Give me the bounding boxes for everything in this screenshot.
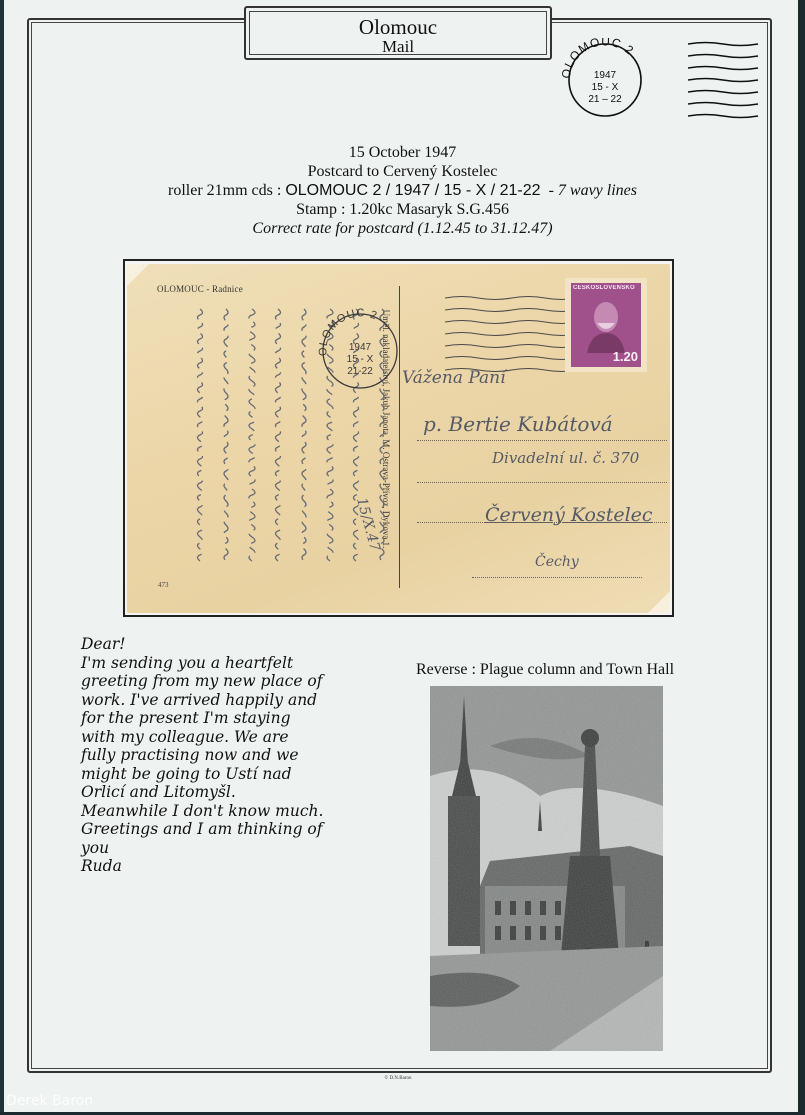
svg-text:15 - X: 15 - X [592, 82, 619, 93]
translation-line: Dear! [81, 635, 381, 654]
scan-edge-left [0, 0, 4, 1115]
postcard-postmark-icon: OLOMOUC 2 1947 15 - X 21-22 [315, 306, 405, 396]
cancel-description: roller 21mm cds : OLOMOUC 2 / 1947 / 15 … [100, 181, 705, 200]
translation-line: Orlicí and Litomyšl. [81, 783, 381, 802]
photo-corner [127, 264, 149, 286]
translation-line: Ruda [81, 857, 381, 876]
copyright-credit: © D.N.Baron [373, 1076, 423, 1081]
page-subtitle: Mail [250, 38, 546, 56]
translation-line: might be going to Ustí nad [81, 765, 381, 784]
svg-text:15/X.47: 15/X.47 [353, 496, 383, 553]
translation-line: I'm sending you a heartfelt [81, 654, 381, 673]
photo-corner [648, 591, 670, 613]
translation-line: fully practising now and we [81, 746, 381, 765]
watermark: Derek Baron [6, 1093, 93, 1109]
svg-text:15 - X: 15 - X [347, 354, 374, 365]
postcard-number: 473 [158, 581, 169, 589]
postcard-heading: OLOMOUC - Radnice [157, 284, 243, 294]
stamp-description: Stamp : 1.20kc Masaryk S.G.456 [100, 200, 705, 219]
reverse-caption: Reverse : Plague column and Town Hall [380, 661, 710, 679]
reverse-image-town-hall [430, 686, 663, 1051]
masaryk-portrait-icon [583, 297, 629, 353]
cover-date: 15 October 1947 [100, 143, 705, 162]
translation-line: with my colleague. We are [81, 728, 381, 747]
address-line [417, 522, 667, 523]
translation-line: for the present I'm staying [81, 709, 381, 728]
translation-line: greeting from my new place of [81, 672, 381, 691]
svg-text:21 – 22: 21 – 22 [588, 94, 622, 105]
page-title: Olomouc [250, 16, 546, 38]
postcard-front: OLOMOUC - Radnice 473 Uměl. nakladatelst… [127, 264, 670, 613]
wavy-lines-icon [688, 40, 760, 122]
rate-note: Correct rate for postcard (1.12.45 to 31… [100, 219, 705, 238]
cover-description: 15 October 1947 Postcard to Cervený Kost… [100, 143, 705, 238]
address-line [472, 577, 642, 578]
stamp-image: ČESKOSLOVENSKO 1.20 [571, 283, 641, 367]
address-street: Divadelní ul. č. 370 [492, 449, 639, 467]
cover-route: Postcard to Cervený Kostelec [100, 162, 705, 181]
address-line [417, 482, 667, 483]
svg-text:1947: 1947 [349, 342, 372, 353]
translation-line: work. I've arrived happily and [81, 691, 381, 710]
translation-line: you [81, 839, 381, 858]
translation-line: Meanwhile I don't know much. [81, 802, 381, 821]
page-title-box: Olomouc Mail [244, 6, 552, 60]
address-recipient: p. Bertie Kubátová [423, 412, 613, 436]
translation-line: Greetings and I am thinking of [81, 820, 381, 839]
address-line [417, 440, 667, 441]
address-country: Čechy [535, 554, 579, 570]
message-translation: Dear!I'm sending you a heartfeltgreeting… [81, 635, 381, 876]
address-salutation: Vážena Paní [402, 368, 506, 388]
svg-text:21-22: 21-22 [347, 366, 373, 377]
svg-text:1947: 1947 [594, 70, 617, 81]
postage-stamp: ČESKOSLOVENSKO 1.20 [565, 278, 647, 372]
postmark-icon: OLOMOUC 2 1947 15 - X 21 – 22 [560, 38, 650, 118]
scan-edge-right [798, 0, 805, 1115]
town-hall-engraving [430, 686, 663, 1051]
